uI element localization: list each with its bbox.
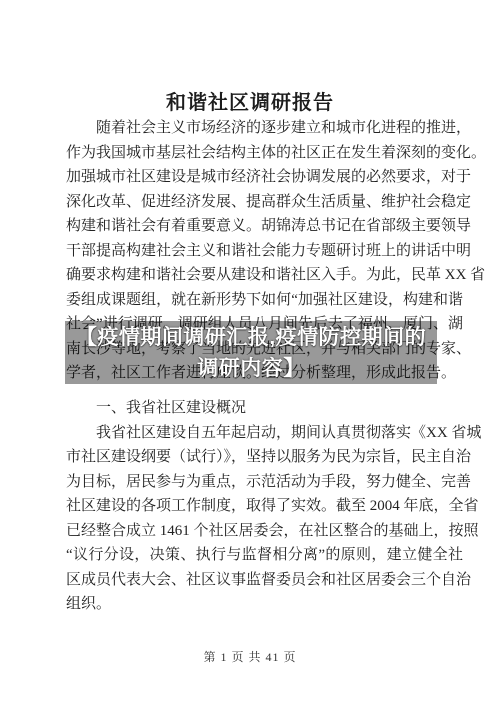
text-line: 委组成课题组，就在新形势下如何“加强社区建设，构建和谐 [66,288,463,313]
section-one: 一、我省社区建设概况 我省社区建设自五年起启动，期间认真贯彻落实《XX 省城市社… [66,396,463,617]
text-line: 确要求构建和谐社会要从建设和谐社区入手。为此，民革 XX 省 [66,263,463,288]
text-line: 随着社会主义市场经济的逐步建立和城市化进程的推进， [66,116,463,141]
section-heading: 一、我省社区建设概况 [66,396,463,421]
text-line: 我省社区建设自五年起启动，期间认真贯彻落实《XX 省城 [66,421,463,446]
text-line: 为目标，居民参与为重点，示范活动为手段，努力健全、完善 [66,470,463,495]
text-line: 干部提高构建社会主义和谐社会能力专题研讨班上的讲话中明 [66,239,463,264]
text-line: 社区建设的各项工作制度，取得了实效。截至 2004 年底，全省 [66,494,463,519]
page-number-footer: 第 1 页 共 41 页 [0,648,500,665]
text-line: 区成员代表大会、社区议事监督委员会和社区居委会三个自治 [66,568,463,593]
text-line: 已经整合成立 1461 个社区居委会，在社区整合的基础上，按照 [66,519,463,544]
paragraph-section-one: 我省社区建设自五年起启动，期间认真贯彻落实《XX 省城市社区建设纲要（试行）》，… [66,421,463,617]
text-line: 作为我国城市基层社会结构主体的社区正在发生着深刻的变化。 [66,141,463,166]
document-title: 和谐社区调研报告 [0,86,500,115]
text-line: 加强城市社区建设是城市经济社会协调发展的必然要求，对于 [66,165,463,190]
watermark-caption-line2: 调研内容】 [197,353,305,384]
text-line: 市社区建设纲要（试行）》，坚持以服务为民为宗旨，民主自治 [66,445,463,470]
text-line: 深化改革、促进经济发展、提高群众生活质量、维护社会稳定 [66,190,463,215]
text-line: 构建和谐社会有着重要意义。胡锦涛总书记在省部级主要领导 [66,214,463,239]
text-line: “议行分设，决策、执行与监督相分离”的原则，建立健全社 [66,543,463,568]
watermark-caption-banner: 【疫情期间调研汇报,疫情防控期间的 调研内容】 [65,321,437,384]
watermark-caption-line1: 【疫情期间调研汇报,疫情防控期间的 [76,322,426,353]
text-line: 组织。 [66,592,463,617]
document-page: 和谐社区调研报告 随着社会主义市场经济的逐步建立和城市化进程的推进，作为我国城市… [0,0,500,706]
